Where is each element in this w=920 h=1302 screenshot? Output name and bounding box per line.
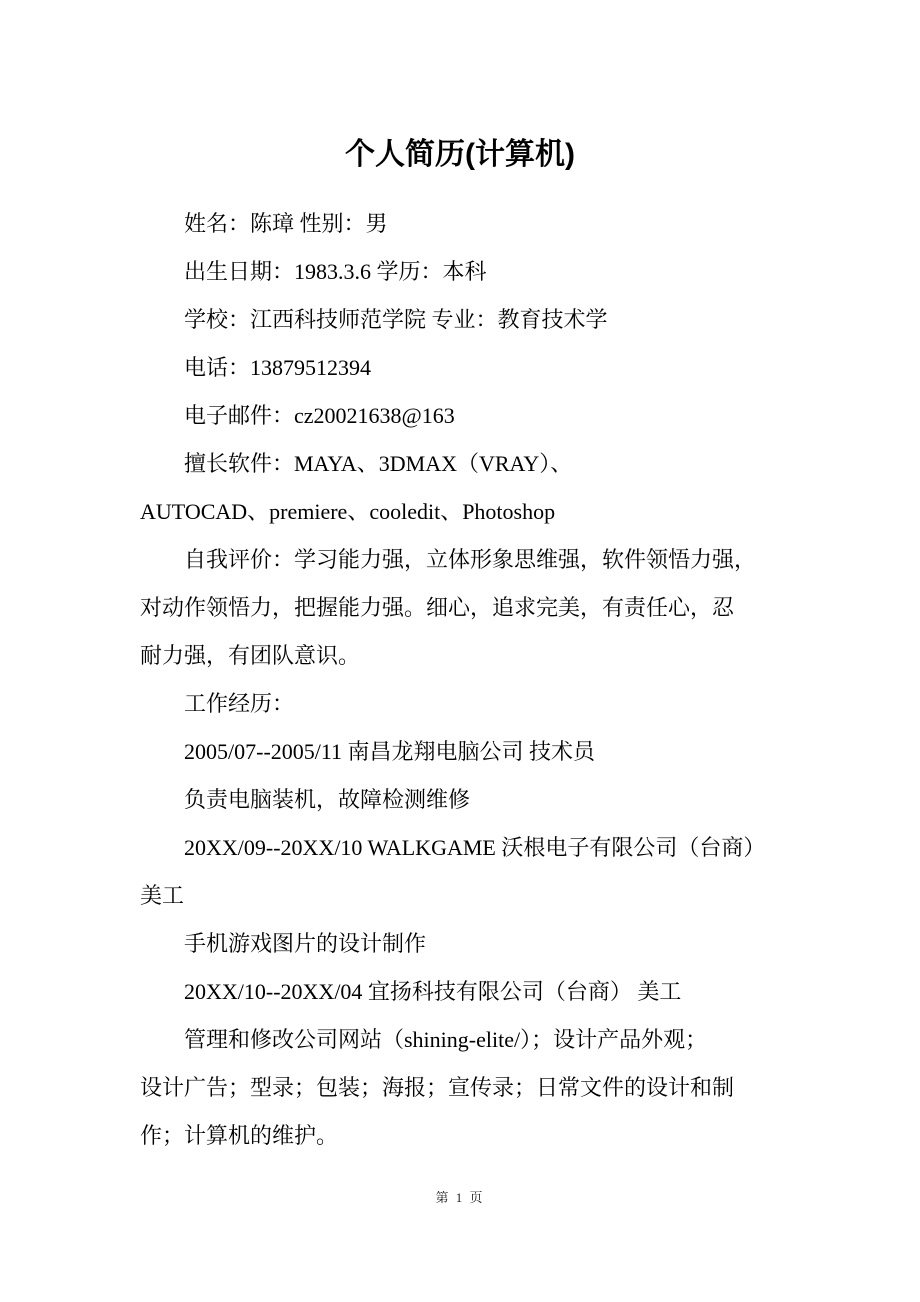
document-line: 姓名：陈璋 性别：男 xyxy=(140,200,780,248)
document-line: 自我评价：学习能力强，立体形象思维强，软件领悟力强， xyxy=(140,536,780,584)
document-line: 手机游戏图片的设计制作 xyxy=(140,920,780,968)
document-line: 2005/07--2005/11 南昌龙翔电脑公司 技术员 xyxy=(140,728,780,776)
document-line: 耐力强，有团队意识。 xyxy=(140,632,780,680)
document-line: 对动作领悟力，把握能力强。细心，追求完美，有责任心，忍 xyxy=(140,584,780,632)
document-body: 姓名：陈璋 性别：男出生日期：1983.3.6 学历：本科学校：江西科技师范学院… xyxy=(0,200,920,1160)
document-line: 管理和修改公司网站（shining-elite/）；设计产品外观； xyxy=(140,1016,780,1064)
document-line: 学校：江西科技师范学院 专业：教育技术学 xyxy=(140,296,780,344)
document-line: 设计广告；型录；包装；海报；宣传录；日常文件的设计和制 xyxy=(140,1064,780,1112)
document-line: 擅长软件：MAYA、3DMAX（VRAY）、 xyxy=(140,440,780,488)
document-line: 美工 xyxy=(140,872,780,920)
document-line: 电话：13879512394 xyxy=(140,344,780,392)
document-line: 20XX/10--20XX/04 宜扬科技有限公司（台商） 美工 xyxy=(140,968,780,1016)
document-line: 负责电脑装机，故障检测维修 xyxy=(140,776,780,824)
document-line: 出生日期：1983.3.6 学历：本科 xyxy=(140,248,780,296)
document-line: 工作经历： xyxy=(140,680,780,728)
document-line: 电子邮件：cz20021638@163 xyxy=(140,392,780,440)
document-line: 作；计算机的维护。 xyxy=(140,1112,780,1160)
document-title: 个人简历(计算机) xyxy=(0,0,920,174)
page-number-footer: 第 1 页 xyxy=(0,1188,920,1208)
document-line: 20XX/09--20XX/10 WALKGAME 沃根电子有限公司（台商） xyxy=(140,824,780,872)
document-line: AUTOCAD、premiere、cooledit、Photoshop xyxy=(140,488,780,536)
document-page: 个人简历(计算机) 姓名：陈璋 性别：男出生日期：1983.3.6 学历：本科学… xyxy=(0,0,920,1302)
